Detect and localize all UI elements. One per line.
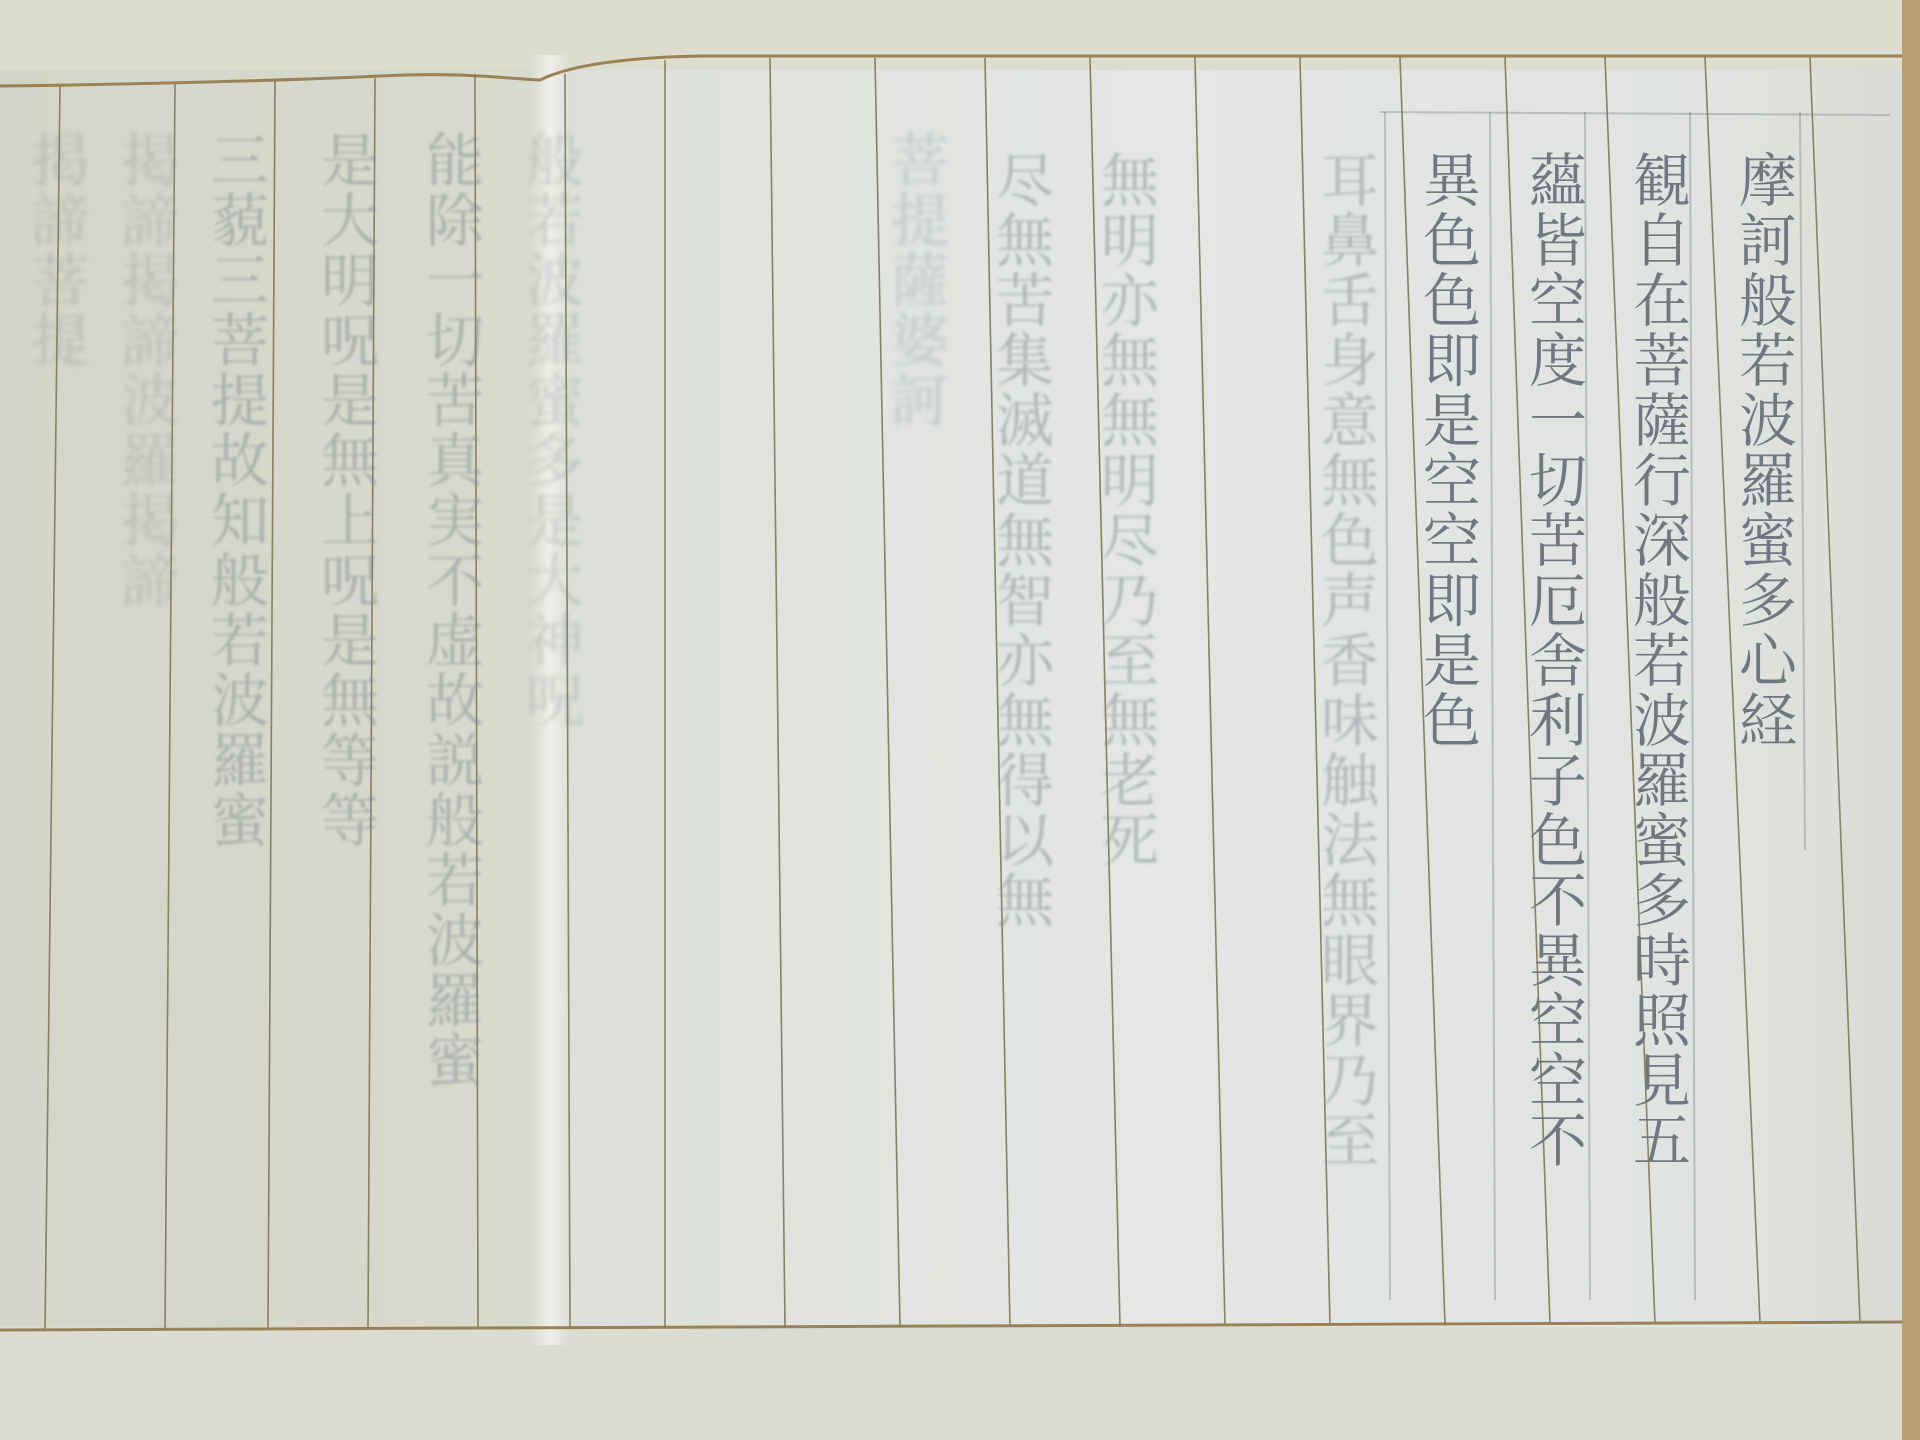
sutra-title: 摩訶般若波羅蜜多心経 (1718, 150, 1808, 750)
bleed-line-1: 菩提薩婆訶 (870, 130, 960, 430)
ghost-line-3: 尽無苦集滅道無智亦無得以無 (975, 150, 1065, 930)
ghost-line-1: 耳鼻舌身意無色声香味触法無眼界乃至 (1300, 150, 1390, 1170)
bleed-line-7: 掲諦菩提 (10, 130, 100, 370)
ghost-line-2: 無明亦無無明尽乃至無老死 (1080, 150, 1170, 870)
bleed-line-6: 能除一切苦真実不虚故説般若波羅蜜 (405, 130, 495, 1090)
sutra-line-1: 観自在菩薩行深般若波羅蜜多時照見五 (1612, 150, 1702, 1170)
bleed-line-4: 是大明呪是無上呪是無等等 (300, 130, 390, 850)
top-border-rule (0, 56, 1920, 86)
sutra-line-3: 異色色即是空空即是色 (1402, 150, 1492, 750)
bleed-line-3: 三藐三菩提故知般若波羅蜜 (190, 130, 280, 850)
frame-edge (1902, 0, 1920, 1440)
bottom-border-rule (0, 1322, 1920, 1330)
sutra-line-2: 蘊皆空度一切苦厄舎利子色不異空空不 (1508, 150, 1598, 1170)
bleed-line-2: 般若波羅蜜多是大神呪 (505, 130, 595, 730)
bleed-line-5: 掲諦掲諦波羅掲諦 (100, 130, 190, 610)
